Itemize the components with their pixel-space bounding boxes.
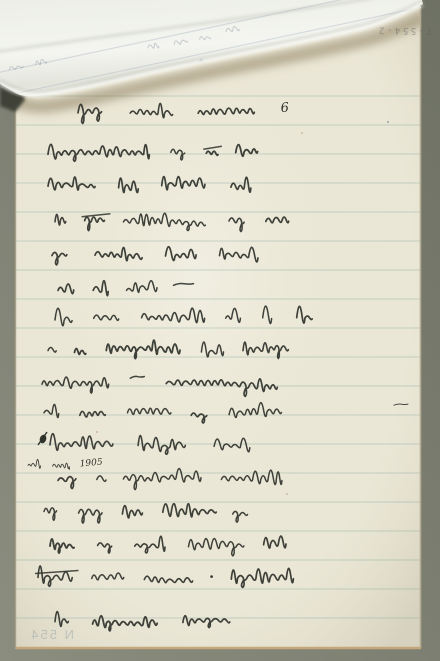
handwriting-numerals: 6 xyxy=(280,100,290,116)
show-through-number: N 554 xyxy=(29,627,74,642)
notebook-photograph: N 554 61905 7-5 xyxy=(0,0,440,661)
handwriting-numerals: 1905 xyxy=(79,458,103,470)
speck xyxy=(301,132,303,134)
notebook-photo-canvas: N 554 61905 7-5 xyxy=(0,0,440,661)
speck xyxy=(387,121,389,123)
speck xyxy=(96,431,98,433)
notebook-page: N 554 61905 xyxy=(4,6,426,649)
archival-number-stamp: 7-554-2 xyxy=(377,25,433,36)
speck xyxy=(286,493,288,495)
handwriting-dot xyxy=(210,575,213,578)
